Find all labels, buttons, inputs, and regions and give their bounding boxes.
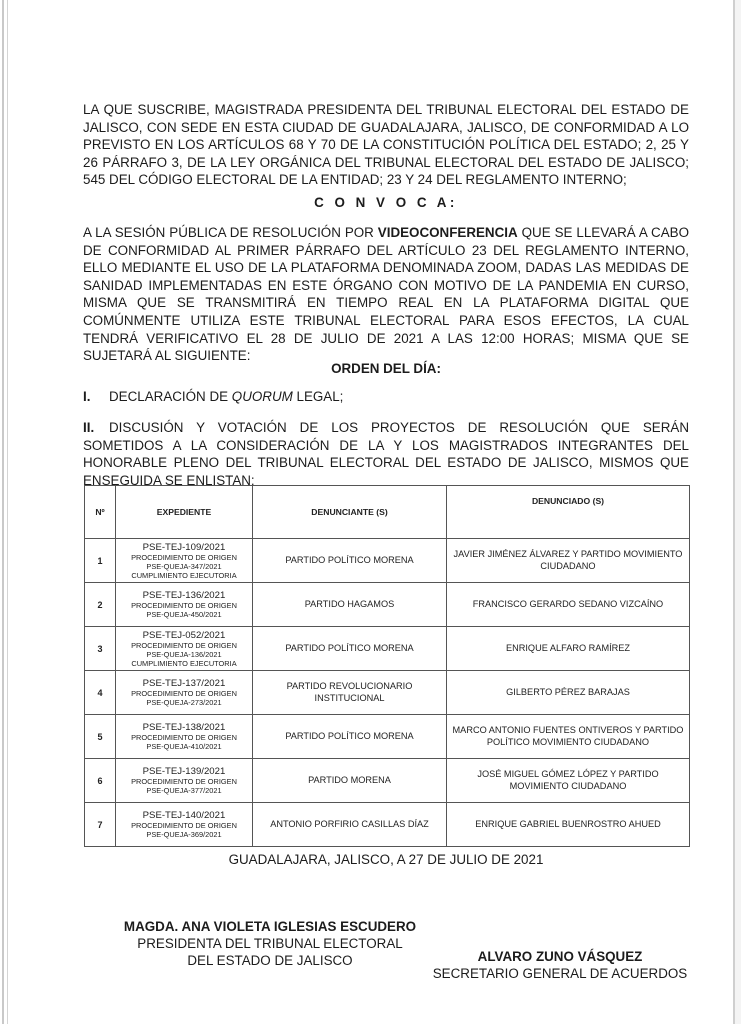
- table-row: 3PSE-TEJ-052/2021PROCEDIMIENTO DE ORIGEN…: [85, 627, 690, 671]
- expediente-id: PSE-TEJ-109/2021: [119, 542, 249, 553]
- page-edge-left-inner: [7, 0, 8, 1024]
- cases-table: Nº EXPEDIENTE DENUNCIANTE (S) DENUNCIADO…: [84, 485, 690, 847]
- expediente-detail: PROCEDIMIENTO DE ORIGEN: [119, 821, 249, 830]
- convocation-lead: A LA SESIÓN PÚBLICA DE RESOLUCIÓN POR: [83, 225, 378, 240]
- convoca-heading: C O N V O C A:: [83, 195, 689, 210]
- cell-expediente: PSE-TEJ-052/2021PROCEDIMIENTO DE ORIGENP…: [116, 627, 253, 671]
- signer-name: MAGDA. ANA VIOLETA IGLESIAS ESCUDERO: [100, 918, 440, 935]
- expediente-detail: PSE-QUEJA-377/2021: [119, 786, 249, 795]
- table-row: 4PSE-TEJ-137/2021PROCEDIMIENTO DE ORIGEN…: [85, 671, 690, 715]
- cell-denunciado: JOSÉ MIGUEL GÓMEZ LÓPEZ Y PARTIDO MOVIMI…: [447, 759, 690, 803]
- expediente-detail: PROCEDIMIENTO DE ORIGEN: [119, 689, 249, 698]
- preamble-paragraph: LA QUE SUSCRIBE, MAGISTRADA PRESIDENTA D…: [83, 101, 689, 189]
- expediente-detail: PROCEDIMIENTO DE ORIGEN: [119, 733, 249, 742]
- signer-title-line: SECRETARIO GENERAL DE ACUERDOS: [405, 965, 715, 982]
- cell-denunciante: ANTONIO PORFIRIO CASILLAS DÍAZ: [253, 803, 447, 847]
- expediente-id: PSE-TEJ-140/2021: [119, 810, 249, 821]
- cell-number: 3: [85, 627, 116, 671]
- agenda-item-1: I.DECLARACIÓN DE QUORUM LEGAL;: [83, 389, 689, 404]
- expediente-detail: PSE-QUEJA-410/2021: [119, 742, 249, 751]
- cell-denunciado: ENRIQUE GABRIEL BUENROSTRO AHUED: [447, 803, 690, 847]
- cell-expediente: PSE-TEJ-137/2021PROCEDIMIENTO DE ORIGENP…: [116, 671, 253, 715]
- cell-number: 2: [85, 583, 116, 627]
- cell-denunciado: MARCO ANTONIO FUENTES ONTIVEROS Y PARTID…: [447, 715, 690, 759]
- agenda-item-lead: DECLARACIÓN DE: [109, 389, 232, 404]
- agenda-item-rest: LEGAL;: [293, 389, 344, 404]
- cell-number: 1: [85, 539, 116, 583]
- cell-denunciado: JAVIER JIMÉNEZ ÁLVAREZ Y PARTIDO MOVIMIE…: [447, 539, 690, 583]
- cell-denunciado: ENRIQUE ALFARO RAMÍREZ: [447, 627, 690, 671]
- cell-expediente: PSE-TEJ-109/2021PROCEDIMIENTO DE ORIGENP…: [116, 539, 253, 583]
- signer-title-line: DEL ESTADO DE JALISCO: [100, 952, 440, 969]
- expediente-detail: CUMPLIMIENTO EJECUTORIA: [119, 659, 249, 668]
- cell-denunciante: PARTIDO POLÍTICO MORENA: [253, 627, 447, 671]
- convocation-keyword: VIDEOCONFERENCIA: [378, 225, 518, 240]
- expediente-id: PSE-TEJ-052/2021: [119, 630, 249, 641]
- cell-number: 6: [85, 759, 116, 803]
- cell-denunciante: PARTIDO REVOLUCIONARIO INSTITUCIONAL: [253, 671, 447, 715]
- cell-expediente: PSE-TEJ-139/2021PROCEDIMIENTO DE ORIGENP…: [116, 759, 253, 803]
- agenda-item-text: DISCUSIÓN Y VOTACIÓN DE LOS PROYECTOS DE…: [83, 420, 689, 488]
- page-edge-left: [2, 0, 4, 1024]
- expediente-detail: PSE-QUEJA-273/2021: [119, 698, 249, 707]
- table-row: 5PSE-TEJ-138/2021PROCEDIMIENTO DE ORIGEN…: [85, 715, 690, 759]
- agenda-item-numeral: I.: [83, 389, 109, 404]
- expediente-detail: PSE-QUEJA-450/2021: [119, 610, 249, 619]
- convocation-paragraph: A LA SESIÓN PÚBLICA DE RESOLUCIÓN POR VI…: [83, 224, 689, 365]
- expediente-id: PSE-TEJ-138/2021: [119, 722, 249, 733]
- page-margin-right: [735, 0, 741, 1024]
- table-header-row: Nº EXPEDIENTE DENUNCIANTE (S) DENUNCIADO…: [85, 486, 690, 539]
- agenda-item-2: II.DISCUSIÓN Y VOTACIÓN DE LOS PROYECTOS…: [83, 419, 689, 489]
- cell-number: 7: [85, 803, 116, 847]
- expediente-detail: PSE-QUEJA-347/2021: [119, 562, 249, 571]
- place-date: GUADALAJARA, JALISCO, A 27 DE JULIO DE 2…: [83, 852, 689, 867]
- cell-expediente: PSE-TEJ-136/2021PROCEDIMIENTO DE ORIGENP…: [116, 583, 253, 627]
- table-row: 1PSE-TEJ-109/2021PROCEDIMIENTO DE ORIGEN…: [85, 539, 690, 583]
- expediente-detail: PROCEDIMIENTO DE ORIGEN: [119, 641, 249, 650]
- cell-denunciante: PARTIDO MORENA: [253, 759, 447, 803]
- cell-number: 4: [85, 671, 116, 715]
- cell-denunciado: FRANCISCO GERARDO SEDANO VIZCAÍNO: [447, 583, 690, 627]
- signature-president: MAGDA. ANA VIOLETA IGLESIAS ESCUDERO PRE…: [100, 918, 440, 969]
- expediente-detail: PSE-QUEJA-136/2021: [119, 650, 249, 659]
- convocation-rest: QUE SE LLEVARÁ A CABO DE CONFORMIDAD AL …: [83, 225, 689, 363]
- expediente-detail: PSE-QUEJA-369/2021: [119, 830, 249, 839]
- header-number: Nº: [85, 486, 116, 539]
- expediente-detail: PROCEDIMIENTO DE ORIGEN: [119, 601, 249, 610]
- expediente-id: PSE-TEJ-136/2021: [119, 590, 249, 601]
- expediente-id: PSE-TEJ-139/2021: [119, 766, 249, 777]
- table-row: 7PSE-TEJ-140/2021PROCEDIMIENTO DE ORIGEN…: [85, 803, 690, 847]
- table-row: 6PSE-TEJ-139/2021PROCEDIMIENTO DE ORIGEN…: [85, 759, 690, 803]
- signer-name: ALVARO ZUNO VÁSQUEZ: [405, 948, 715, 965]
- cell-expediente: PSE-TEJ-138/2021PROCEDIMIENTO DE ORIGENP…: [116, 715, 253, 759]
- table-row: 2PSE-TEJ-136/2021PROCEDIMIENTO DE ORIGEN…: [85, 583, 690, 627]
- cell-denunciante: PARTIDO HAGAMOS: [253, 583, 447, 627]
- expediente-detail: PROCEDIMIENTO DE ORIGEN: [119, 777, 249, 786]
- expediente-detail: PROCEDIMIENTO DE ORIGEN: [119, 553, 249, 562]
- cell-denunciante: PARTIDO POLÍTICO MORENA: [253, 539, 447, 583]
- signer-title-line: PRESIDENTA DEL TRIBUNAL ELECTORAL: [100, 935, 440, 952]
- agenda-item-italic: QUORUM: [232, 389, 293, 404]
- cell-denunciante: PARTIDO POLÍTICO MORENA: [253, 715, 447, 759]
- cell-number: 5: [85, 715, 116, 759]
- cell-expediente: PSE-TEJ-140/2021PROCEDIMIENTO DE ORIGENP…: [116, 803, 253, 847]
- header-denunciado: DENUNCIADO (S): [447, 486, 690, 539]
- expediente-detail: CUMPLIMIENTO EJECUTORIA: [119, 571, 249, 580]
- agenda-item-numeral: II.: [83, 419, 109, 437]
- agenda-heading: ORDEN DEL DÍA:: [83, 361, 689, 376]
- header-expediente: EXPEDIENTE: [116, 486, 253, 539]
- expediente-id: PSE-TEJ-137/2021: [119, 678, 249, 689]
- signature-secretary: ALVARO ZUNO VÁSQUEZ SECRETARIO GENERAL D…: [405, 948, 715, 982]
- cell-denunciado: GILBERTO PÉREZ BARAJAS: [447, 671, 690, 715]
- header-denunciante: DENUNCIANTE (S): [253, 486, 447, 539]
